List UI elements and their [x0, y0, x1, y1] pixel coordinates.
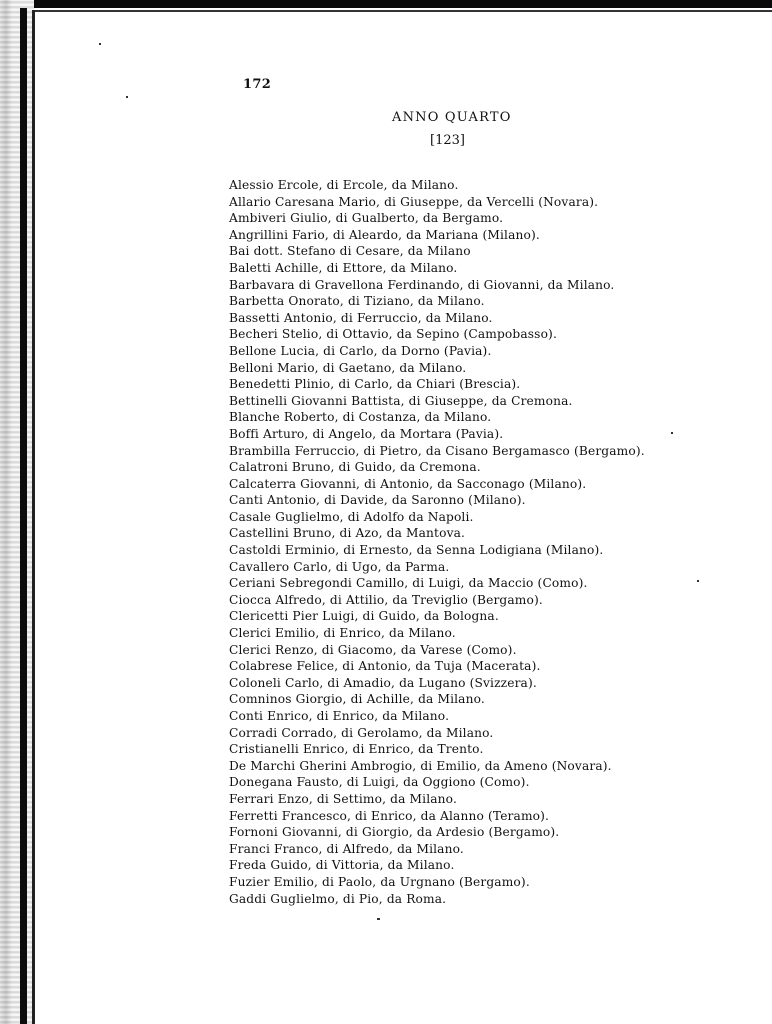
list-item: Bassetti Antonio, di Ferruccio, da Milan… — [229, 310, 645, 327]
list-item: Canti Antonio, di Davide, da Saronno (Mi… — [229, 492, 645, 509]
running-head: ANNO QUARTO — [392, 110, 512, 125]
list-item: Calcaterra Giovanni, di Antonio, da Sacc… — [229, 476, 645, 493]
list-item: Corradi Corrado, di Gerolamo, da Milano. — [229, 725, 645, 742]
list-item: Barbavara di Gravellona Ferdinando, di G… — [229, 277, 645, 294]
scan-binding-shadow — [20, 8, 27, 1024]
list-item: Cristianelli Enrico, di Enrico, da Trent… — [229, 741, 645, 758]
list-item: Ceriani Sebregondi Camillo, di Luigi, da… — [229, 575, 645, 592]
list-item: Castellini Bruno, di Azo, da Mantova. — [229, 525, 645, 542]
list-item: Angrillini Fario, di Aleardo, da Mariana… — [229, 227, 645, 244]
scan-binding-edge — [0, 0, 34, 1024]
scan-speck — [126, 96, 128, 98]
list-item: Becheri Stelio, di Ottavio, da Sepino (C… — [229, 326, 645, 343]
list-item: Bellone Lucia, di Carlo, da Dorno (Pavia… — [229, 343, 645, 360]
list-item: Brambilla Ferruccio, di Pietro, da Cisan… — [229, 443, 645, 460]
list-item: Boffi Arturo, di Angelo, da Mortara (Pav… — [229, 426, 645, 443]
list-item: Allario Caresana Mario, di Giuseppe, da … — [229, 194, 645, 211]
list-item: Colabrese Felice, di Antonio, da Tuja (M… — [229, 658, 645, 675]
list-item: Fuzier Emilio, di Paolo, da Urgnano (Ber… — [229, 874, 645, 891]
scan-speck — [697, 580, 699, 582]
list-item: Baletti Achille, di Ettore, da Milano. — [229, 260, 645, 277]
list-item: Gaddi Guglielmo, di Pio, da Roma. — [229, 891, 645, 908]
list-item: Ciocca Alfredo, di Attilio, da Treviglio… — [229, 592, 645, 609]
list-item: Ferrari Enzo, di Settimo, da Milano. — [229, 791, 645, 808]
list-item: Clericetti Pier Luigi, di Guido, da Bolo… — [229, 608, 645, 625]
page-number: 172 — [243, 77, 271, 92]
list-item: Castoldi Erminio, di Ernesto, da Senna L… — [229, 542, 645, 559]
scan-top-edge — [0, 0, 772, 8]
list-item: Barbetta Onorato, di Tiziano, da Milano. — [229, 293, 645, 310]
list-item: Alessio Ercole, di Ercole, da Milano. — [229, 177, 645, 194]
list-item: Bettinelli Giovanni Battista, di Giusepp… — [229, 393, 645, 410]
list-item: Blanche Roberto, di Costanza, da Milano. — [229, 409, 645, 426]
list-item: Franci Franco, di Alfredo, da Milano. — [229, 841, 645, 858]
section-number: [123] — [430, 133, 465, 148]
list-item: Coloneli Carlo, di Amadio, da Lugano (Sv… — [229, 675, 645, 692]
list-item: Cavallero Carlo, di Ugo, da Parma. — [229, 559, 645, 576]
list-item: Clerici Renzo, di Giacomo, da Varese (Co… — [229, 642, 645, 659]
name-list: Alessio Ercole, di Ercole, da Milano. Al… — [229, 177, 645, 907]
scan-speck — [671, 432, 673, 434]
list-item: Conti Enrico, di Enrico, da Milano. — [229, 708, 645, 725]
list-item: Ferretti Francesco, di Enrico, da Alanno… — [229, 808, 645, 825]
list-item: Benedetti Plinio, di Carlo, da Chiari (B… — [229, 376, 645, 393]
scan-speck — [377, 918, 380, 920]
list-item: Freda Guido, di Vittoria, da Milano. — [229, 857, 645, 874]
list-item: Clerici Emilio, di Enrico, da Milano. — [229, 625, 645, 642]
scan-page-edge-line — [32, 10, 35, 1024]
list-item: Casale Guglielmo, di Adolfo da Napoli. — [229, 509, 645, 526]
list-item: Belloni Mario, di Gaetano, da Milano. — [229, 360, 645, 377]
list-item: Fornoni Giovanni, di Giorgio, da Ardesio… — [229, 824, 645, 841]
list-item: Ambiveri Giulio, di Gualberto, da Bergam… — [229, 210, 645, 227]
list-item: Comninos Giorgio, di Achille, da Milano. — [229, 691, 645, 708]
list-item: Bai dott. Stefano di Cesare, da Milano — [229, 243, 645, 260]
list-item: Calatroni Bruno, di Guido, da Cremona. — [229, 459, 645, 476]
scan-speck — [99, 43, 101, 45]
list-item: De Marchi Gherini Ambrogio, di Emilio, d… — [229, 758, 645, 775]
list-item: Donegana Fausto, di Luigi, da Oggiono (C… — [229, 774, 645, 791]
scan-page-border — [30, 10, 772, 12]
